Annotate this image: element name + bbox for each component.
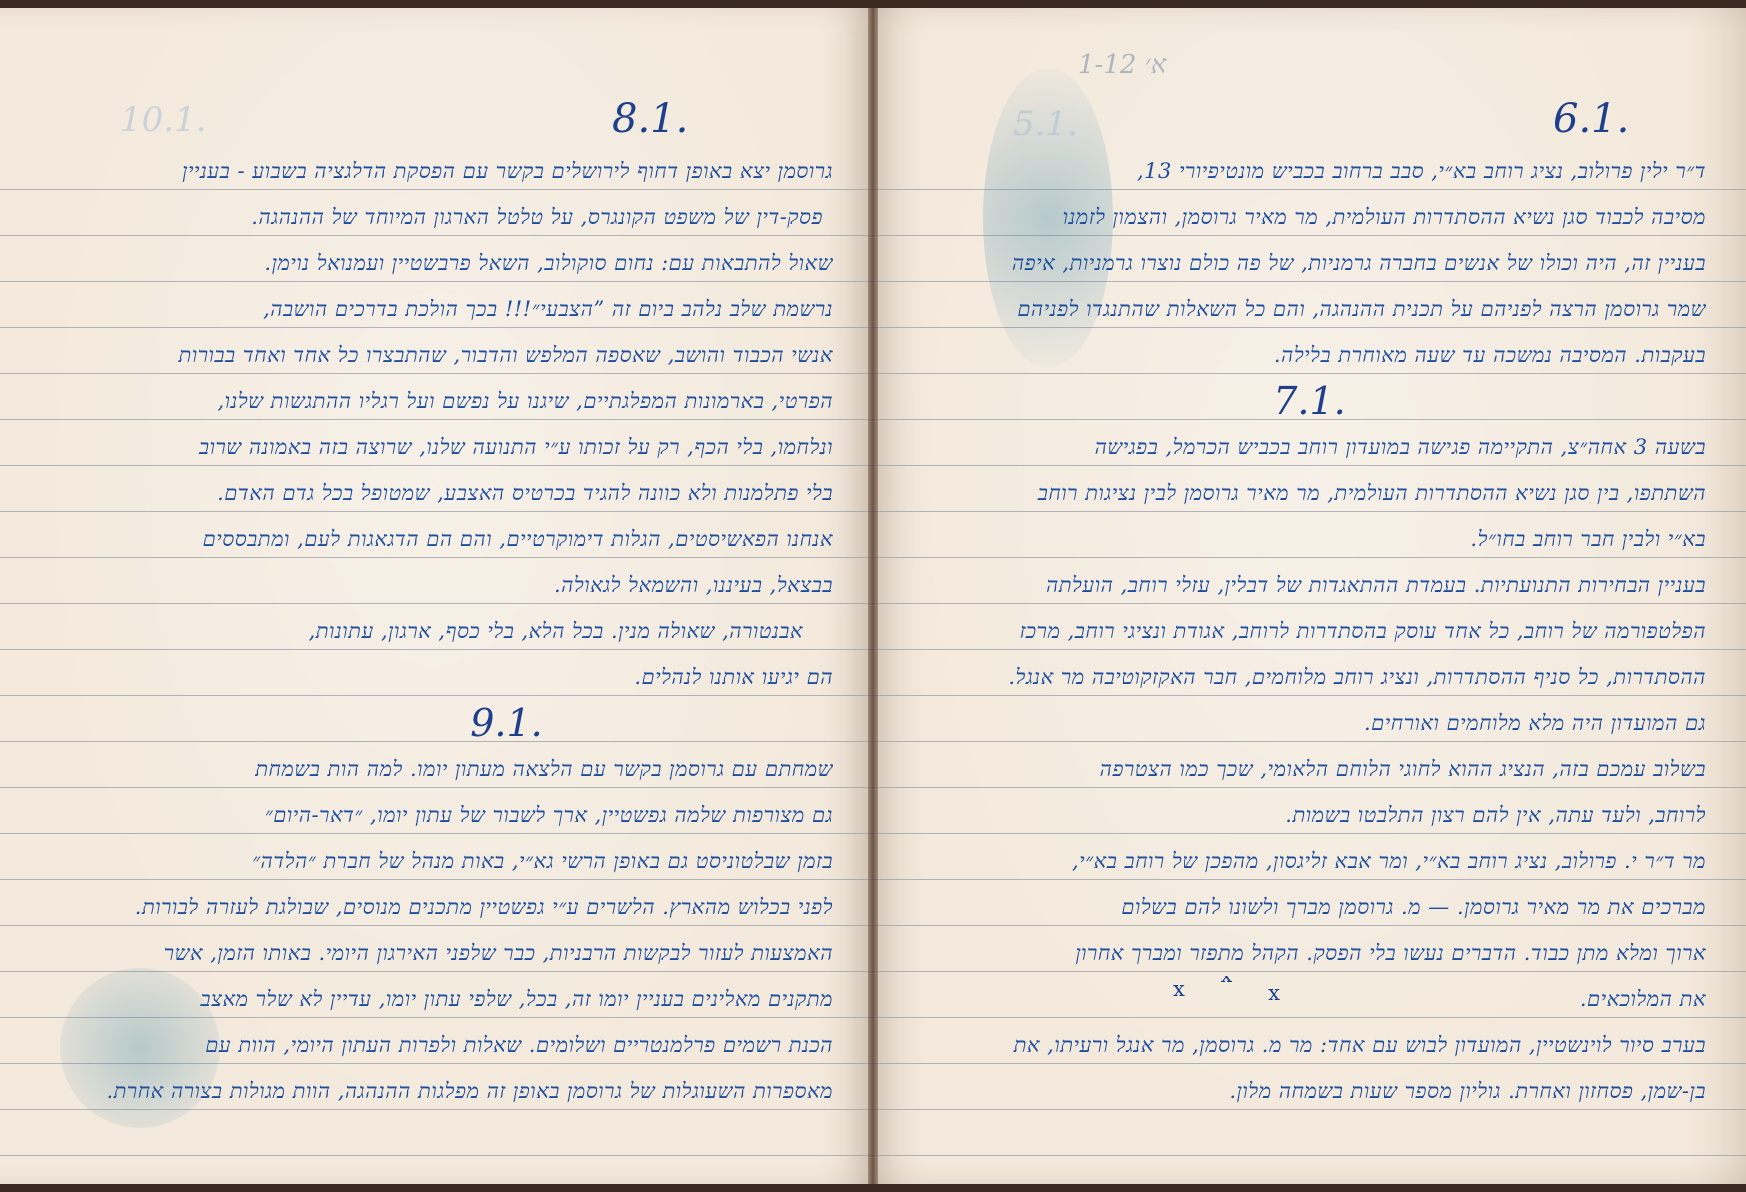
text-line: מאספרות השעוגלות של גרוסמן באופן זה מפלג… <box>40 1068 833 1114</box>
text-line: גם מצורפות שלמה גפשטיין, ארך לשבור של עת… <box>40 792 833 838</box>
text-line: בשלוב עמכם בזה, הנציג ההוא לחוגי הלוחם ה… <box>913 746 1706 792</box>
text-line: הפלטפורמה של רוחב, כל אחד עוסק בהסתדרות … <box>913 608 1706 654</box>
text-line: האמצעות לעזור לבקשות הרבניות, כבר שלפני … <box>40 930 833 976</box>
text-line: ארוך ומלא מתן כבוד. הדברים נעשו בלי הפסק… <box>913 930 1706 976</box>
separator-marks: x x x <box>1173 976 1280 1012</box>
text-line: מברכים את מר מאיר גרוסמן. — מ. גרוסמן מב… <box>913 884 1706 930</box>
separator-x: x <box>1268 981 1280 1005</box>
text-line: את המלוכאים. x x x <box>913 976 1706 1022</box>
bleed-through-date: 10.1. <box>120 100 207 140</box>
text-line: השתתפו, בין סגן נשיא ההסתדרות העולמית, מ… <box>913 470 1706 516</box>
bleed-through-date: 5.1. <box>1013 104 1078 144</box>
text-line: בזמן שבלטוניסט גם באופן הרשי גא״י, באות … <box>40 838 833 884</box>
entry-6-1: ד״ר ילין פרולוב, נציג רוחב בא״י, סבב ברח… <box>913 148 1706 1114</box>
text-line: גרוסמן יצא באופן דחוף לירושלים בקשר עם ה… <box>40 148 833 194</box>
text-line: מסיבה לכבוד סגן נשיא ההסתדרות העולמית, מ… <box>913 194 1706 240</box>
text-line: בבצאל, בעיננו, והשמאל לגאולה. <box>40 562 833 608</box>
text-line: אנחנו הפאשיסטים, הגלות דימוקרטיים, והם ה… <box>40 516 833 562</box>
text-line: מר ד״ר י. פרולוב, נציג רוחב בא״י, ומר אב… <box>913 838 1706 884</box>
text-line: ההסתדרות, כל סניף ההסתדרות, ונציג רוחב מ… <box>913 654 1706 700</box>
text-line: בעקבות. המסיבה נמשכה עד שעה מאוחרת בלילה… <box>913 332 1706 378</box>
date-heading: 6.1. <box>1553 96 1629 142</box>
text-line: בעניין זה, היה וכולו של אנשים בחברה גרמנ… <box>913 240 1706 286</box>
text-line: גם המועדון היה מלא מלוחמים ואורחים. <box>913 700 1706 746</box>
text-line: בערב סיור לוינשטיין, המועדון לבוש עם אחד… <box>913 1022 1706 1068</box>
text-line: שאול להתבאות עם: נחום סוקולוב, השאל פרבש… <box>40 240 833 286</box>
text-line-content: את המלוכאים. <box>1580 987 1706 1011</box>
date-heading: 8.1. <box>612 96 688 142</box>
entry-8-1: גרוסמן יצא באופן דחוף לירושלים בקשר עם ה… <box>40 148 833 1114</box>
text-line: בן-שמן, פסחזון ואחרת. גוליון מספר שעות ב… <box>913 1068 1706 1114</box>
text-line: בעניין הבחירות התנועתיות. בעמדת ההתאגדות… <box>913 562 1706 608</box>
text-line: ד״ר ילין פרולוב, נציג רוחב בא״י, סבב ברח… <box>913 148 1706 194</box>
binding-gutter <box>868 8 878 1184</box>
text-line: בא״י ולבין חבר רוחב בחו״ל. <box>913 516 1706 562</box>
text-line: הפרטי, בארמונות המפלגתיים, שיגנו על נפשם… <box>40 378 833 424</box>
text-line: שמר גרוסמן הרצה לפניהם על תכנית ההנהגה, … <box>913 286 1706 332</box>
right-page: א׳ 1-12 5.1. 6.1. ד״ר ילין פרולוב, נציג … <box>873 8 1746 1184</box>
text-line: מתקנים מאלינים בעניין יומו זה, בכל, שלפי… <box>40 976 833 1022</box>
date-heading: 7.1. <box>913 378 1706 424</box>
text-line: הכנת רשמים פרלמנטריים ושלומים. שאלות ולפ… <box>40 1022 833 1068</box>
date-heading: 9.1. <box>40 700 833 746</box>
left-page: 10.1. 8.1. גרוסמן יצא באופן דחוף לירושלי… <box>0 8 873 1184</box>
text-line: פסק-דין של משפט הקונגרס, על טלטל הארגון … <box>40 194 833 240</box>
text-line: נרשמת שלב נלהב ביום זה ”הצבעי״!!! בכך הו… <box>40 286 833 332</box>
text-line: בשעה 3 אחה״צ, התקיימה פגישה במועדון רוחב… <box>913 424 1706 470</box>
pencil-annotation: א׳ 1-12 <box>1078 50 1166 80</box>
separator-x: x <box>1221 976 1233 987</box>
text-line: שמחתם עם גרוסמן בקשר עם הלצאה מעתון יומו… <box>40 746 833 792</box>
text-line: הם יגיעו אותנו לנהלים. <box>40 654 833 700</box>
text-line: אנשי הכבוד והושב, שאספה המלפש והדבור, שה… <box>40 332 833 378</box>
text-line: ונלחמו, בלי הכף, רק על זכותו ע״י התנועה … <box>40 424 833 470</box>
text-line: לפני בכלוש מהארץ. הלשרים ע״י גפשטיין מתכ… <box>40 884 833 930</box>
text-line: לרוחב, ולעד עתה, אין להם רצון התלבטו בשמ… <box>913 792 1706 838</box>
text-line: בלי פתלמנות ולא כוונה להגיד בכרטיס האצבע… <box>40 470 833 516</box>
text-line: אבנטורה, שאולה מנין. בכל הלא, בלי כסף, א… <box>40 608 833 654</box>
separator-x: x <box>1173 977 1185 1001</box>
